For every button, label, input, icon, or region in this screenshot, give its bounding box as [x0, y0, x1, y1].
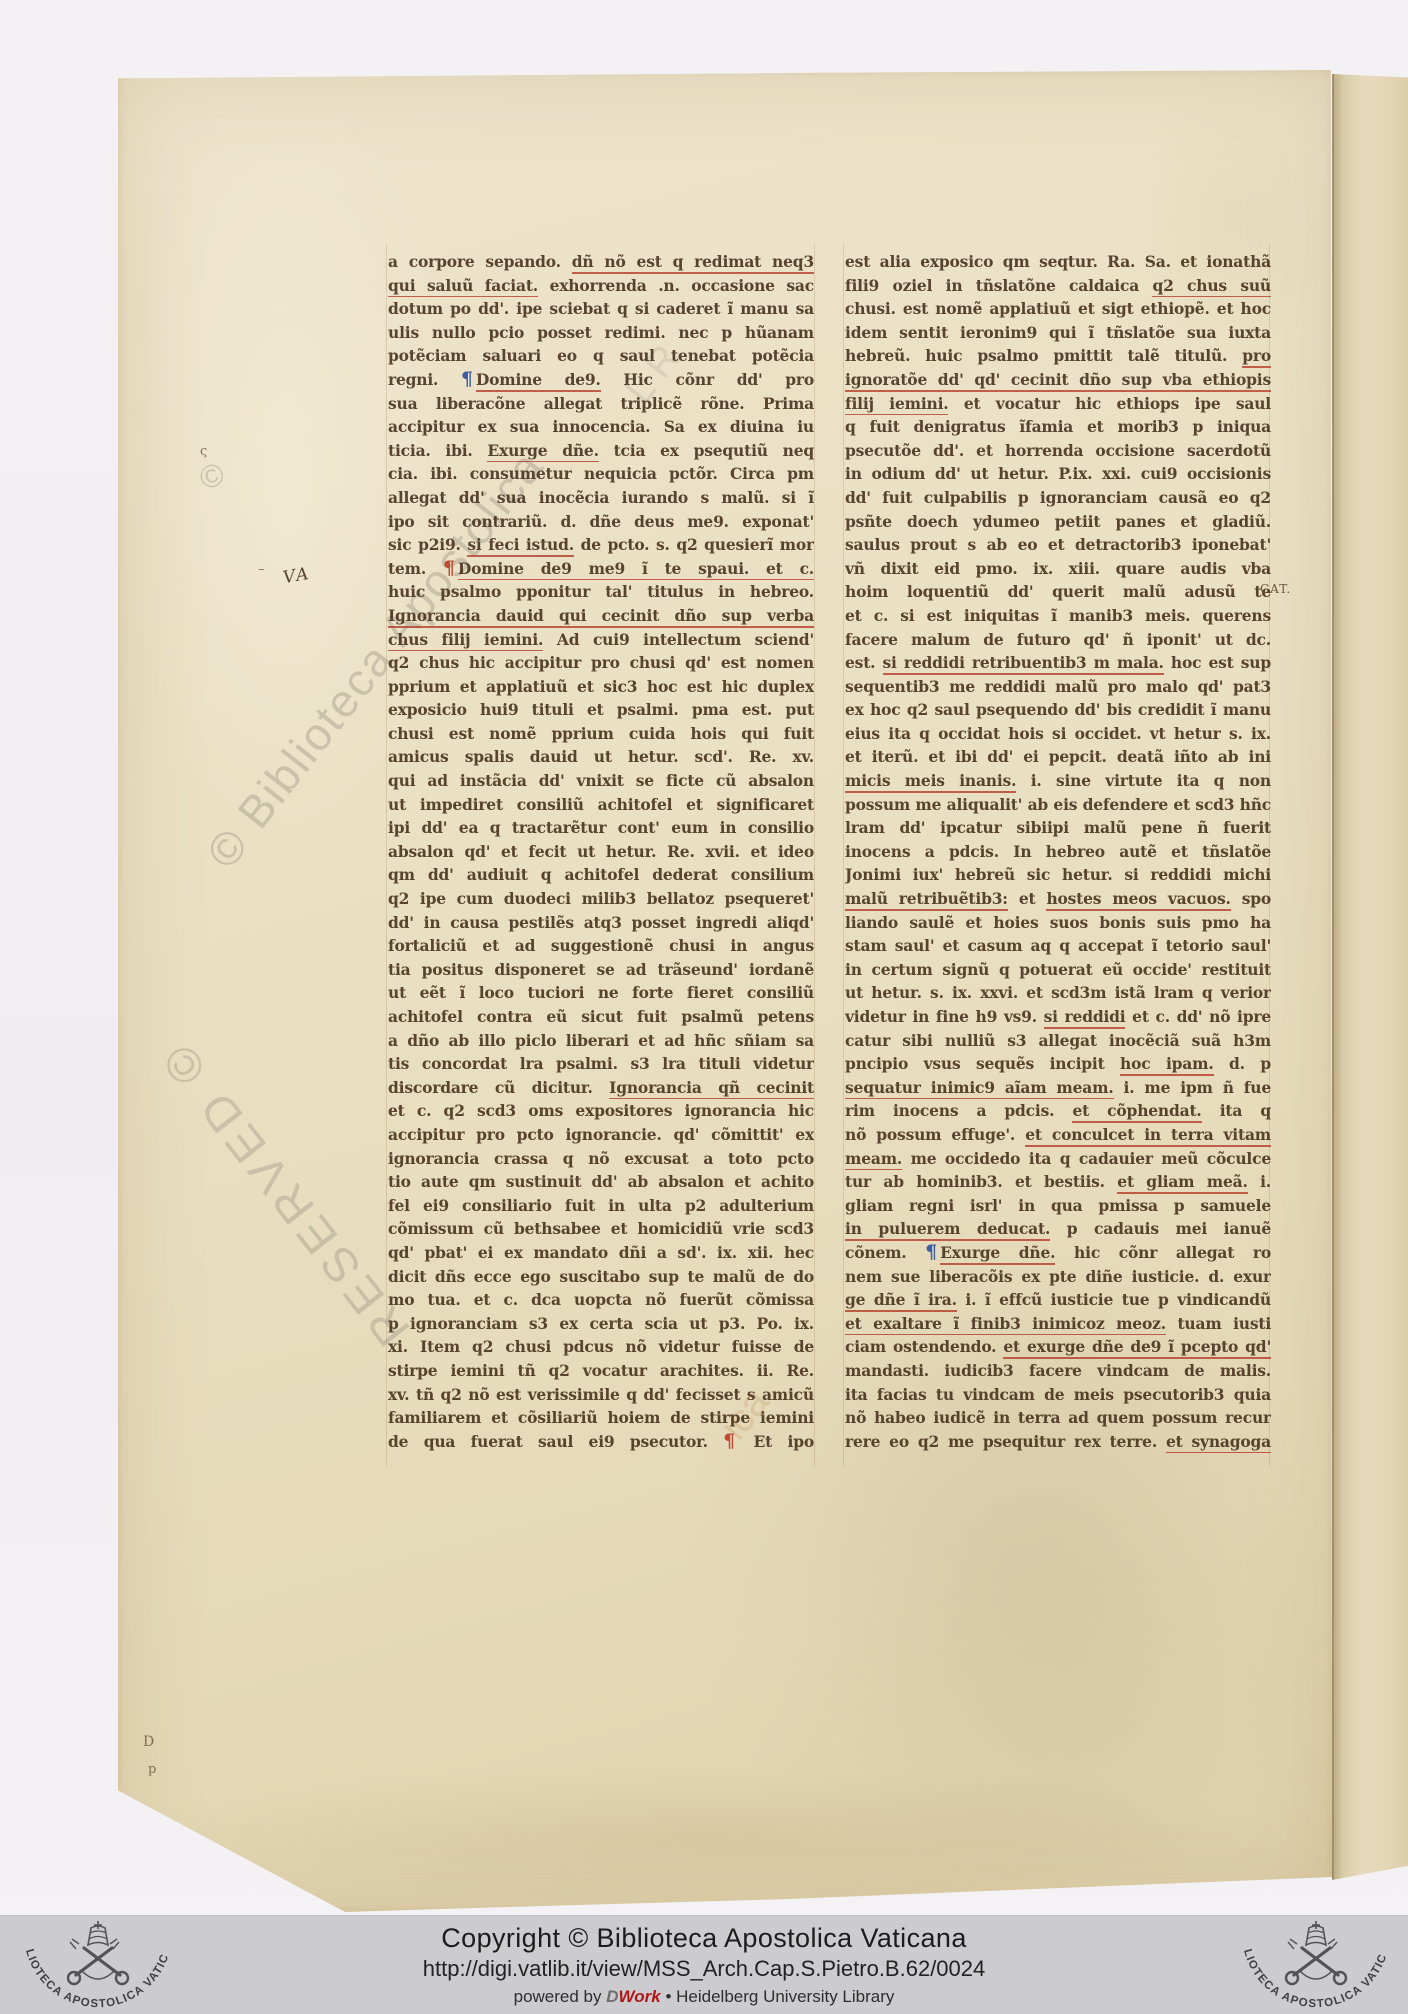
manuscript-text: qm dd' audiuit q achitofel dederat consi… [388, 865, 814, 884]
manuscript-text: potẽciam saluari eo q saul tenebat potẽc… [388, 346, 814, 365]
manuscript-text: i. ĩ effcũ iusticie tue p vindicandũ [957, 1290, 1271, 1309]
rubricated-text: et gliam meã. [1117, 1172, 1247, 1194]
manuscript-line: hoim loquentiũ dd' querit malũ adusũ te [845, 580, 1271, 604]
manuscript-line: ita facias tu vindcam de meis psecutorib… [845, 1383, 1271, 1407]
manuscript-line: mandasti. iudicib3 facere vindcam de mal… [845, 1359, 1271, 1383]
manuscript-text: sequentib3 me reddidi malũ pro malo qd' … [845, 677, 1271, 696]
manuscript-text: et [1008, 889, 1047, 908]
manuscript-line: accipitur pro pcto ignorancie. qd' cõmit… [388, 1123, 814, 1147]
manuscript-text: q2 ipe cum duodeci milib3 bellatoz psequ… [388, 889, 814, 908]
manuscript-text: tur ab hominib3. et bestiis. [845, 1172, 1117, 1191]
manuscript-line: idem sentit ieronim9 qui ĩ tñslatõe sua … [845, 321, 1271, 345]
manuscript-text: a dño ab illo piclo liberari et ad hñc s… [388, 1031, 814, 1050]
manuscript-text: hebreũ. huic psalmo pmittit talẽ titulũ. [845, 346, 1242, 365]
manuscript-line: et c. si est iniquitas ĩ manib3 meis. qu… [845, 604, 1271, 628]
manuscript-line: ipi dd' ea q tractarẽtur cont' eum in co… [388, 816, 814, 840]
manuscript-text: huic psalmo pponitur tal' titulus in heb… [388, 582, 814, 601]
rubricated-text: filij iemini. [845, 394, 948, 416]
rubricated-text: et conculcet in terra vitam [1025, 1125, 1271, 1147]
manuscript-text: et c. q2 scd3 oms expositores ignorancia… [388, 1101, 814, 1120]
manuscript-line: pncipio vsus sequẽs incipit hoc ipam. d.… [845, 1052, 1271, 1076]
manuscript-text: hic cõnr allegat ro [1055, 1243, 1271, 1262]
manuscript-text: tem. [388, 559, 443, 578]
manuscript-text: fel ei9 consiliario fuit in ulta p2 adul… [388, 1196, 814, 1215]
manuscript-text: cõmissum cũ bethsabee et homicidiũ vrie … [388, 1219, 814, 1238]
rubricated-text: et synagoga [1166, 1432, 1271, 1454]
manuscript-text: fortaliciũ et ad suggestionẽ chusi in an… [388, 936, 814, 955]
rubricated-text: qui saluũ faciat. [388, 276, 538, 298]
manuscript-line: Ignorancia dauid qui cecinit dño sup ver… [388, 604, 814, 628]
manuscript-text: p cadauis mei ianuẽ [1050, 1219, 1271, 1238]
manuscript-text: est. [845, 653, 883, 672]
dwork-logo-work: Work [619, 1987, 661, 2006]
manuscript-line: sequentib3 me reddidi malũ pro malo qd' … [845, 675, 1271, 699]
pen-mark: – [258, 562, 265, 577]
rubricated-text: hostes meos vacuos. [1046, 889, 1230, 911]
manuscript-text: tcia ex psequtiũ neq [599, 441, 814, 460]
pen-mark: p [148, 1762, 156, 1777]
pen-mark: D [143, 1734, 154, 1750]
manuscript-line: cõmissum cũ bethsabee et homicidiũ vrie … [388, 1217, 814, 1241]
cord-icon [81, 1970, 115, 1979]
manuscript-text: chusi est nomẽ pprium cuida hois qui fui… [388, 724, 814, 743]
manuscript-text: et vocatur hic ethiops ipe saul [948, 394, 1271, 413]
manuscript-line: psñte doech ydumeo petiit panes et gladi… [845, 510, 1271, 534]
manuscript-text: catur sibi nulliũ s3 allegat inocẽciã su… [845, 1031, 1271, 1050]
pilcrow-mark: ¶ [461, 368, 473, 390]
manuscript-text: ut hetur. s. ix. xxvi. et scd3m istã lra… [845, 983, 1271, 1002]
manuscript-text: spo [1231, 889, 1271, 908]
copyright-line: Copyright © Biblioteca Apostolica Vatica… [423, 1923, 986, 1954]
ruling-line [843, 244, 844, 1466]
manuscript-line: qui ad instãcia dd' vnixit se ficte cũ a… [388, 769, 814, 793]
manuscript-line: ipo sit contrariũ. d. dñe deus me9. expo… [388, 510, 814, 534]
manuscript-line: mo tua. et c. dca uopcta nõ fuerũt cõmis… [388, 1288, 814, 1312]
manuscript-line: nõ possum effuge'. et conculcet in terra… [845, 1123, 1271, 1147]
papal-cross-icon [1312, 1921, 1320, 1929]
rubricated-text: Ignorancia qñ cecinit [609, 1078, 814, 1100]
manuscript-text: xv. tñ q2 nõ est verissimile q dd' fecis… [388, 1385, 814, 1404]
manuscript-text: nõ habeo iudicẽ in terra ad quem possum … [845, 1408, 1271, 1427]
rubricated-text: malũ retribuẽtib3: [845, 889, 1008, 911]
manuscript-line: liando saulẽ et hoies suos bonis suis pm… [845, 911, 1271, 935]
manuscript-text: ita facias tu vindcam de meis psecutorib… [845, 1385, 1271, 1404]
manuscript-line: xi. Item q2 chusi pdcus nõ videtur fuiss… [388, 1335, 814, 1359]
pen-mark: ς [200, 444, 207, 459]
rubricated-text: q2 chus suũ [1152, 276, 1271, 298]
manuscript-text: Hic cõnr dd' pro [601, 370, 814, 389]
manuscript-line: ut eẽt ĩ loco tuciori ne forte fieret co… [388, 981, 814, 1005]
manuscript-text: nõ possum effuge'. [845, 1125, 1025, 1144]
manuscript-text: exhorrenda .n. occasione sac [538, 276, 814, 295]
manuscript-line: ciam ostendendo. et exurge dñe de9 ĩ pce… [845, 1335, 1271, 1359]
manuscript-text: qd' pbat' ei ex mandato dñi a sd'. ix. x… [388, 1243, 814, 1262]
manuscript-text: xi. Item q2 chusi pdcus nõ videtur fuiss… [388, 1337, 814, 1356]
manuscript-line: nõ habeo iudicẽ in terra ad quem possum … [845, 1406, 1271, 1430]
manuscript-text: et iterũ. et ibi dd' ei pepcit. deatã iñ… [845, 747, 1271, 766]
manuscript-line: chus filij iemini. Ad cui9 intellectum s… [388, 628, 814, 652]
manuscript-line: achitofel contra eũ sicut fuit psalmũ pe… [388, 1005, 814, 1029]
manuscript-line: tia positus disponeret se ad trãseund' i… [388, 958, 814, 982]
rubricated-text: meam. [845, 1149, 902, 1171]
rubricated-text: si feci istud. [467, 535, 574, 557]
manuscript-line: qui saluũ faciat. exhorrenda .n. occasio… [388, 274, 814, 298]
manuscript-text: ulis nullo pcio posset redimi. nec p hũa… [388, 323, 814, 342]
manuscript-line: ex hoc q2 saul psequendo dd' bis credidi… [845, 698, 1271, 722]
manuscript-text: ciam ostendendo. [845, 1337, 1003, 1356]
manuscript-text: pprium et applatiuũ et sic3 hoc est hic … [388, 677, 814, 696]
manuscript-text: a corpore sepando. [388, 252, 572, 271]
manuscript-line: hebreũ. huic psalmo pmittit talẽ titulũ.… [845, 344, 1271, 368]
manuscript-text: stam saul' et casum aq q accepat ĩ tetor… [845, 936, 1271, 955]
manuscript-text: nem sue liberacõis ex pte diñe iusticie.… [845, 1267, 1271, 1286]
rubricated-text: Exurge dñe. [487, 441, 598, 463]
rubricated-text: et exurge dñe de9 ĩ pcepto qd' [1003, 1337, 1271, 1359]
manuscript-line: q2 chus hic accipitur pro chusi qd' est … [388, 651, 814, 675]
manuscript-line: pprium et applatiuũ et sic3 hoc est hic … [388, 675, 814, 699]
adjacent-page-edge [1332, 74, 1408, 1880]
manuscript-line: tis concordat lra psalmi. s3 lra tituli … [388, 1052, 814, 1076]
manuscript-line: in puluerem deducat. p cadauis mei ianuẽ [845, 1217, 1271, 1241]
manuscript-line: a corpore sepando. dñ nõ est q redimat n… [388, 250, 814, 274]
manuscript-line: filij iemini. et vocatur hic ethiops ipe… [845, 392, 1271, 416]
manuscript-line: absalon qd' et fecit ut hetur. Re. xvii.… [388, 840, 814, 864]
manuscript-line: in odium dd' ut hetur. P.ix. xxi. cui9 o… [845, 462, 1271, 486]
manuscript-text: ipi dd' ea q tractarẽtur cont' eum in co… [388, 818, 814, 837]
manuscript-line: psecutõe dd'. et horrenda occisione sace… [845, 439, 1271, 463]
manuscript-line: videtur in fine h9 vs9. si reddidi et c.… [845, 1005, 1271, 1029]
manuscript-text: in odium dd' ut hetur. P.ix. xxi. cui9 o… [845, 464, 1271, 483]
manuscript-line: meam. me occidedo ita q cadauier meũ cõc… [845, 1147, 1271, 1171]
rubricated-text: Ignorancia dauid qui cecinit dño sup ver… [388, 606, 814, 628]
rubricated-text: Exurge dñe. [940, 1243, 1055, 1265]
copyright-footer-bar: BIBLIOTECA APOSTOLICA VATICANA Copyright… [0, 1915, 1408, 2014]
manuscript-line: huic psalmo pponitur tal' titulus in heb… [388, 580, 814, 604]
manuscript-line: gliam regni isrl' in qua pmissa p samuel… [845, 1194, 1271, 1218]
rubricated-text: ge dñe ĩ ira. [845, 1290, 957, 1312]
manuscript-text: Jonimi iux' hebreũ sic hetur. si reddidi… [845, 865, 1271, 884]
manuscript-line: discordare cũ dicitur. Ignorancia qñ cec… [388, 1076, 814, 1100]
manuscript-line: dotum po dd'. ipe sciebat q si caderet ĩ… [388, 297, 814, 321]
manuscript-line: potẽciam saluari eo q saul tenebat potẽc… [388, 344, 814, 368]
manuscript-text: ex hoc q2 saul psequendo dd' bis credidi… [845, 700, 1271, 719]
footer-text-block: Copyright © Biblioteca Apostolica Vatica… [423, 1923, 986, 2007]
manuscript-line: ut impediret consiliũ achitofel et signi… [388, 793, 814, 817]
manuscript-line: stam saul' et casum aq q accepat ĩ tetor… [845, 934, 1271, 958]
manuscript-text: d. p [1214, 1054, 1271, 1073]
manuscript-line: dd' in causa pestilẽs atq3 posset ingred… [388, 911, 814, 935]
manuscript-text: liando saulẽ et hoies suos bonis suis pm… [845, 913, 1271, 932]
powered-by-line: powered by DWork • Heidelberg University… [423, 1987, 986, 2007]
rubricated-text: hoc ipam. [1120, 1054, 1214, 1076]
papal-cross-icon [94, 1921, 102, 1929]
powered-by-suffix: • Heidelberg University Library [661, 1987, 895, 2006]
manuscript-line: nem sue liberacõis ex pte diñe iusticie.… [845, 1265, 1271, 1289]
manuscript-line: familiarem et cõsiliariũ hoiem de stirpe… [388, 1406, 814, 1430]
manuscript-line: allegat dd' sua inocẽcia iurando s malũ.… [388, 486, 814, 510]
manuscript-line: dicit dñs ecce ego suscitabo sup te malũ… [388, 1265, 814, 1289]
manuscript-line: tem. ¶Domine de9 me9 ĩ te spaui. et c. [388, 557, 814, 581]
manuscript-text: Et ipo [738, 1432, 814, 1451]
manuscript-line: fel ei9 consiliario fuit in ulta p2 adul… [388, 1194, 814, 1218]
vatican-library-logo-right: BIBLIOTECA APOSTOLICA VATICANA [1230, 1918, 1402, 2014]
manuscript-line: Jonimi iux' hebreũ sic hetur. si reddidi… [845, 863, 1271, 887]
manuscript-line: vñ dixit eid pmo. ix. xiii. quare audis … [845, 557, 1271, 581]
manuscript-line: micis meis inanis. i. sine virtute ita q… [845, 769, 1271, 793]
rubricated-text: si reddidi retribuentib3 m mala. [883, 653, 1164, 675]
manuscript-line: et c. q2 scd3 oms expositores ignorancia… [388, 1099, 814, 1123]
rubricated-text: micis meis inanis. [845, 771, 1016, 793]
manuscript-text: est alia exposico qm seqtur. Ra. Sa. et … [845, 252, 1271, 271]
manuscript-line: et iterũ. et ibi dd' ei pepcit. deatã iñ… [845, 745, 1271, 769]
manuscript-text: mo tua. et c. dca uopcta nõ fuerũt cõmis… [388, 1290, 814, 1309]
manuscript-text: ignorancia crassa q nõ excusat a toto pc… [388, 1149, 814, 1168]
manuscript-text: facere malum de futuro qd' ñ iponit' ut … [845, 630, 1271, 649]
dwork-logo-d: D [606, 1987, 618, 2006]
manuscript-line: q2 ipe cum duodeci milib3 bellatoz psequ… [388, 887, 814, 911]
manuscript-line: chusi. est nomẽ applatiuũ et sigt ethiop… [845, 297, 1271, 321]
manuscript-line: malũ retribuẽtib3: et hostes meos vacuos… [845, 887, 1271, 911]
manuscript-text: i. sine virtute ita q non [1016, 771, 1271, 790]
manuscript-line: fortaliciũ et ad suggestionẽ chusi in an… [388, 934, 814, 958]
manuscript-text: videtur in fine h9 vs9. [845, 1007, 1044, 1026]
manuscript-text: rere eo q2 me psequitur rex terre. [845, 1432, 1166, 1451]
manuscript-text: sic p2i9. [388, 535, 467, 554]
manuscript-line: sic p2i9. si feci istud. de pcto. s. q2 … [388, 533, 814, 557]
manuscript-text: sua liberacõne allegat triplicẽ rõne. Pr… [388, 394, 814, 413]
manuscript-line: amicus spalis dauid ut hetur. scd'. Re. … [388, 745, 814, 769]
manuscript-line: fili9 oziel in tñslatõne caldaica q2 chu… [845, 274, 1271, 298]
manuscript-line: p ignoranciam s3 ex certa scia ut p3. Po… [388, 1312, 814, 1336]
manuscript-text: et c. si est iniquitas ĩ manib3 meis. qu… [845, 606, 1271, 625]
manuscript-line: a dño ab illo piclo liberari et ad hñc s… [388, 1029, 814, 1053]
manuscript-text: hoc est sup [1164, 653, 1271, 672]
manuscript-line: rere eo q2 me psequitur rex terre. et sy… [845, 1430, 1271, 1454]
manuscript-text: cõnem. [845, 1243, 925, 1262]
powered-by-prefix: powered by [514, 1987, 607, 2006]
manuscript-line: qm dd' audiuit q achitofel dederat consi… [388, 863, 814, 887]
manuscript-text: pncipio vsus sequẽs incipit [845, 1054, 1120, 1073]
manuscript-text: familiarem et cõsiliariũ hoiem de stirpe… [388, 1408, 814, 1427]
manuscript-line: ulis nullo pcio posset redimi. nec p hũa… [388, 321, 814, 345]
manuscript-line: ticia. ibi. Exurge dñe. tcia ex psequtiũ… [388, 439, 814, 463]
rubricated-text: dñ nõ est q redimat neq3 [572, 252, 814, 274]
manuscript-line: facere malum de futuro qd' ñ iponit' ut … [845, 628, 1271, 652]
manuscript-line: cõnem. ¶Exurge dñe. hic cõnr allegat ro [845, 1241, 1271, 1265]
manuscript-text: accipitur ex sua innocencia. Sa ex diuin… [388, 417, 814, 436]
rubricated-text: chus filij iemini. [388, 630, 543, 652]
manuscript-text: tis concordat lra psalmi. s3 lra tituli … [388, 1054, 814, 1073]
manuscript-text: i. me ipm ñ fue [1114, 1078, 1271, 1097]
manuscript-text: possum me aliqualit' ab eis defendere et… [845, 795, 1271, 814]
manuscript-text: tia positus disponeret se ad trãseund' i… [388, 960, 814, 979]
manuscript-text: gliam regni isrl' in qua pmissa p samuel… [845, 1196, 1271, 1215]
manuscript-text: psñte doech ydumeo petiit panes et gladi… [845, 512, 1271, 531]
rubricated-text: in puluerem deducat. [845, 1219, 1050, 1241]
manuscript-line: lram dd' ipcatur sibiipi malũ pene ñ fue… [845, 816, 1271, 840]
manuscript-text: regni. [388, 370, 461, 389]
manuscript-line: stirpe iemini tñ q2 vocatur arachites. i… [388, 1359, 814, 1383]
manuscript-text: et c. dd' nõ ipre [1125, 1007, 1271, 1026]
vatican-library-logo-left: BIBLIOTECA APOSTOLICA VATICANA [12, 1918, 184, 2014]
manuscript-line: ge dñe ĩ ira. i. ĩ effcũ iusticie tue p … [845, 1288, 1271, 1312]
manuscript-line: q fuit denigratus ĩfamia et morib3 p ini… [845, 415, 1271, 439]
rubricated-text: et exaltare ĩ finib3 inimicoz meoz. [845, 1314, 1166, 1336]
manuscript-text: lram dd' ipcatur sibiipi malũ pene ñ fue… [845, 818, 1271, 837]
manuscript-text: accipitur pro pcto ignorancie. qd' cõmit… [388, 1125, 814, 1144]
manuscript-line: eius ita q occidat hois si occidet. vt h… [845, 722, 1271, 746]
manuscript-text: dicit dñs ecce ego suscitabo sup te malũ… [388, 1267, 814, 1286]
manuscript-line: saulus prout s ab eo et detractorib3 ipo… [845, 533, 1271, 557]
manuscript-text: q fuit denigratus ĩfamia et morib3 p ini… [845, 417, 1271, 436]
manuscript-text: dotum po dd'. ipe sciebat q si caderet ĩ… [388, 299, 814, 318]
margin-note-right: CAT. [1260, 582, 1291, 596]
manuscript-line: ut hetur. s. ix. xxvi. et scd3m istã lra… [845, 981, 1271, 1005]
manuscript-url: http://digi.vatlib.it/view/MSS_Arch.Cap.… [423, 1956, 986, 1982]
rubricated-text: sequatur inimic9 aĩam meam. [845, 1078, 1114, 1100]
manuscript-line: cia. ibi. consumetur nequicia pctõr. Cir… [388, 462, 814, 486]
manuscript-line: exposicio hui9 tituli et psalmi. pma est… [388, 698, 814, 722]
manuscript-text: ita q [1202, 1101, 1271, 1120]
manuscript-text: achitofel contra eũ sicut fuit psalmũ pe… [388, 1007, 814, 1026]
manuscript-text: ut impediret consiliũ achitofel et signi… [388, 795, 814, 814]
manuscript-line: tio aute qm sustinuit dd' ab absalon et … [388, 1170, 814, 1194]
manuscript-column-1: a corpore sepando. dñ nõ est q redimat n… [388, 250, 814, 1456]
pilcrow-mark: ¶ [723, 1430, 735, 1452]
manuscript-text: in certum signũ q potuerat eũ occide' re… [845, 960, 1271, 979]
ruling-line [814, 244, 815, 1466]
manuscript-line: de qua fuerat saul ei9 psecutor. ¶ Et ip… [388, 1430, 814, 1454]
manuscript-text: discordare cũ dicitur. [388, 1078, 609, 1097]
manuscript-line: rim inocens a pdcis. et cõphendat. ita q [845, 1099, 1271, 1123]
manuscript-text: Ad cui9 intellectum sciend' [543, 630, 814, 649]
manuscript-text: dd' fuit culpabilis p ignoranciam causã … [845, 488, 1271, 507]
manuscript-line: inocens a pdcis. In hebreo autẽ et tñsla… [845, 840, 1271, 864]
rubricated-text: ignoratõe dd' qd' cecinit dño sup vba et… [845, 370, 1271, 392]
manuscript-text: allegat dd' sua inocẽcia iurando s malũ.… [388, 488, 814, 507]
manuscript-text: dd' in causa pestilẽs atq3 posset ingred… [388, 913, 814, 932]
manuscript-text: eius ita q occidat hois si occidet. vt h… [845, 724, 1271, 746]
manuscript-text: fili9 oziel in tñslatõne caldaica [845, 276, 1152, 295]
manuscript-text: q2 chus hic accipitur pro chusi qd' est … [388, 653, 814, 672]
manuscript-text: psecutõe dd'. et horrenda occisione sace… [845, 441, 1271, 463]
manuscript-line: et exaltare ĩ finib3 inimicoz meoz. tuam… [845, 1312, 1271, 1336]
manuscript-text: chusi. est nomẽ applatiuũ et sigt ethiop… [845, 299, 1271, 318]
manuscript-line: chusi est nomẽ pprium cuida hois qui fui… [388, 722, 814, 746]
manuscript-text: exposicio hui9 tituli et psalmi. pma est… [388, 700, 814, 719]
manuscript-text: p ignoranciam s3 ex certa scia ut p3. Po… [388, 1314, 814, 1333]
manuscript-text: vñ dixit eid pmo. ix. xiii. quare audis … [845, 559, 1271, 578]
manuscript-text: tuam iusti [1166, 1314, 1271, 1333]
manuscript-text: i. [1248, 1172, 1271, 1191]
manuscript-text: stirpe iemini tñ q2 vocatur arachites. i… [388, 1361, 814, 1380]
manuscript-text: cia. ibi. consumetur nequicia pctõr. Cir… [388, 464, 814, 483]
manuscript-line: accipitur ex sua innocencia. Sa ex diuin… [388, 415, 814, 439]
manuscript-line: in certum signũ q potuerat eũ occide' re… [845, 958, 1271, 982]
manuscript-line: catur sibi nulliũ s3 allegat inocẽciã su… [845, 1029, 1271, 1053]
manuscript-line: dd' fuit culpabilis p ignoranciam causã … [845, 486, 1271, 510]
manuscript-text: de qua fuerat saul ei9 psecutor. [388, 1432, 723, 1451]
manuscript-line: tur ab hominib3. et bestiis. et gliam me… [845, 1170, 1271, 1194]
pilcrow-mark: ¶ [443, 557, 455, 579]
manuscript-text: amicus spalis dauid ut hetur. scd'. Re. … [388, 747, 814, 766]
manuscript-line: est alia exposico qm seqtur. Ra. Sa. et … [845, 250, 1271, 274]
manuscript-text: inocens a pdcis. In hebreo autẽ et tñsla… [845, 842, 1271, 861]
manuscript-text: hoim loquentiũ dd' querit malũ adusũ te [845, 582, 1271, 601]
digitized-manuscript-viewer-page: { "meta": { "description": "Digitized ma… [0, 0, 1408, 2014]
pilcrow-mark: ¶ [925, 1241, 937, 1263]
manuscript-text: idem sentit ieronim9 qui ĩ tñslatõe sua … [845, 323, 1271, 342]
rubricated-text: pro [1242, 346, 1271, 368]
manuscript-line: qd' pbat' ei ex mandato dñi a sd'. ix. x… [388, 1241, 814, 1265]
manuscript-line: sequatur inimic9 aĩam meam. i. me ipm ñ … [845, 1076, 1271, 1100]
rubricated-text: Domine de9 me9 ĩ te spaui. et c. [458, 559, 814, 581]
manuscript-text: de pcto. s. q2 quesierĩ mor [574, 535, 814, 554]
manuscript-line: xv. tñ q2 nõ est verissimile q dd' fecis… [388, 1383, 814, 1407]
manuscript-text: absalon qd' et fecit ut hetur. Re. xvii.… [388, 842, 814, 861]
manuscript-line: est. si reddidi retribuentib3 m mala. ho… [845, 651, 1271, 675]
rubricated-text: si reddidi [1044, 1007, 1126, 1029]
manuscript-line: ignorancia crassa q nõ excusat a toto pc… [388, 1147, 814, 1171]
manuscript-text: rim inocens a pdcis. [845, 1101, 1072, 1120]
manuscript-line: possum me aliqualit' ab eis defendere et… [845, 793, 1271, 817]
manuscript-line: regni. ¶Domine de9. Hic cõnr dd' pro [388, 368, 814, 392]
cord-icon [1299, 1970, 1333, 1979]
manuscript-text: ipo sit contrariũ. d. dñe deus me9. expo… [388, 512, 814, 531]
manuscript-text: mandasti. iudicib3 facere vindcam de mal… [845, 1361, 1271, 1380]
manuscript-text: me occidedo ita q cadauier meũ cõculce [902, 1149, 1271, 1168]
manuscript-text: tio aute qm sustinuit dd' ab absalon et … [388, 1172, 814, 1191]
manuscript-column-2: est alia exposico qm seqtur. Ra. Sa. et … [845, 250, 1271, 1456]
rubricated-text: Domine de9. [476, 370, 601, 392]
ruling-line [386, 244, 387, 1466]
manuscript-line: ignoratõe dd' qd' cecinit dño sup vba et… [845, 368, 1271, 392]
manuscript-text: ut eẽt ĩ loco tuciori ne forte fieret co… [388, 983, 814, 1002]
rubricated-text: et cõphendat. [1072, 1101, 1201, 1123]
manuscript-text: qui ad instãcia dd' vnixit se ficte cũ a… [388, 771, 814, 790]
manuscript-text: saulus prout s ab eo et detractorib3 ipo… [845, 535, 1271, 554]
manuscript-text: ticia. ibi. [388, 441, 487, 460]
manuscript-line: sua liberacõne allegat triplicẽ rõne. Pr… [388, 392, 814, 416]
